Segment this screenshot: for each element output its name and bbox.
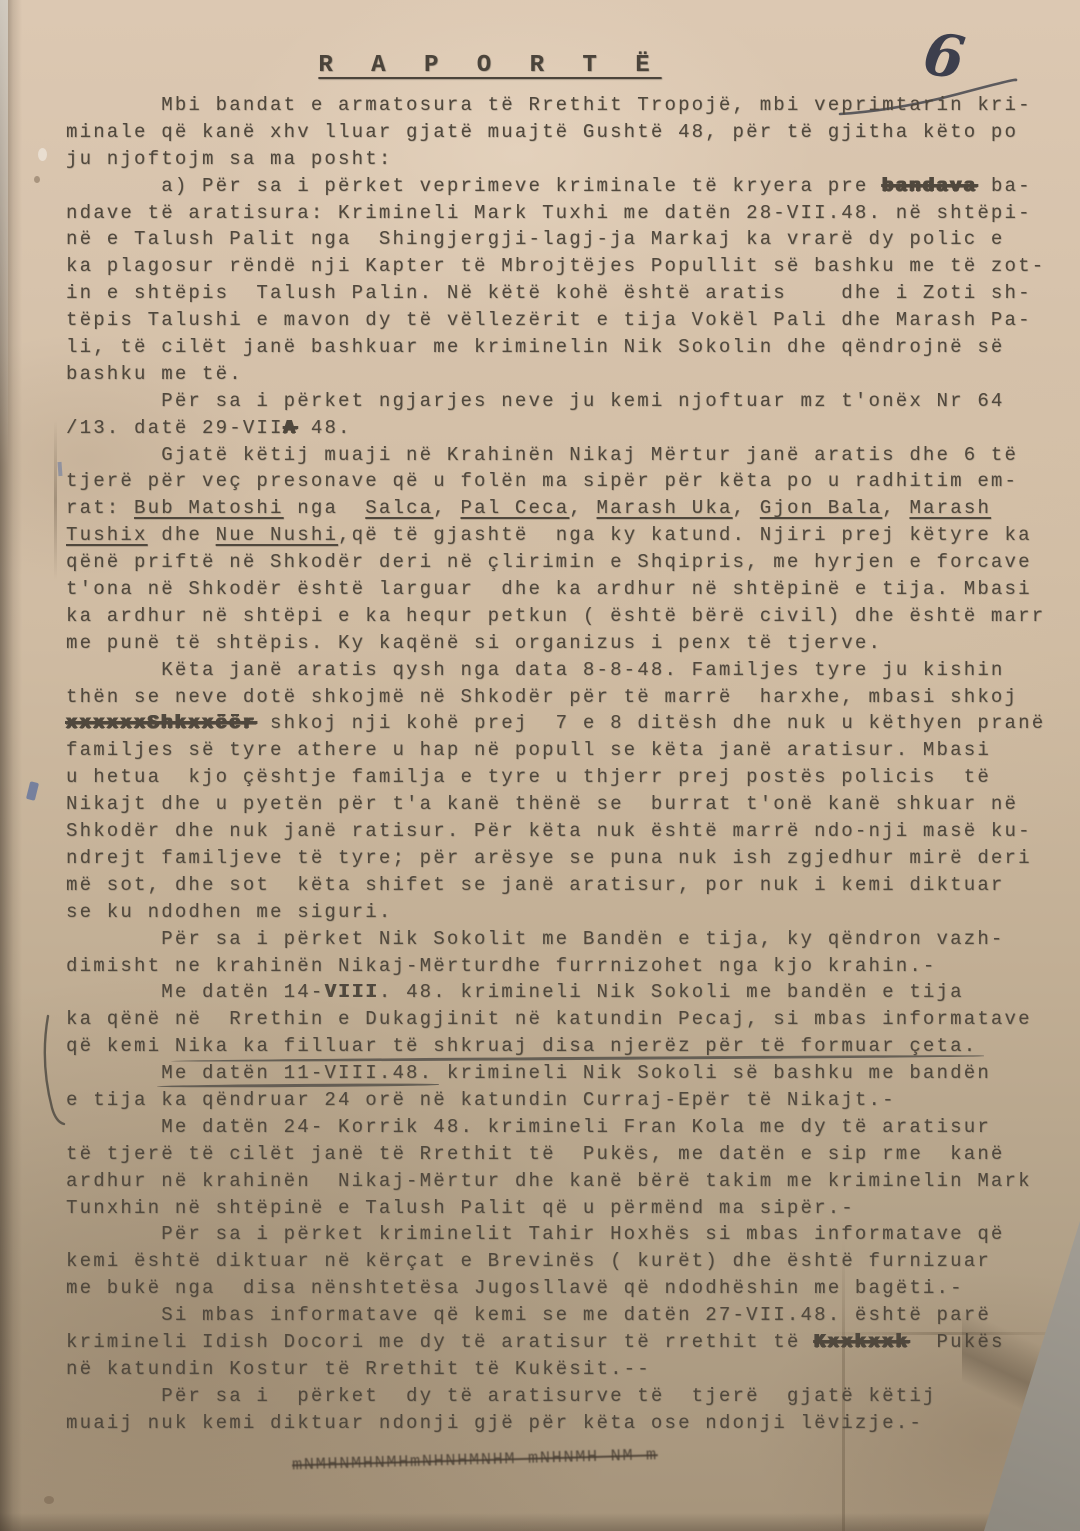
text-line: Nikajt dhe u pyetën për t'a kanë thënë s…	[66, 791, 1056, 818]
text-segment: bashku me të.	[66, 363, 243, 385]
text-segment: dhe	[148, 524, 216, 546]
document-title: R A P O R T Ë	[0, 52, 980, 79]
text-line: tjerë për veç presonave që u folën ma si…	[66, 468, 1056, 495]
text-segment: më sot, dhe sot këta shifet se janë arat…	[66, 874, 1005, 896]
text-segment: Me datën 14-	[66, 981, 324, 1003]
bottom-strikeout-marks: mNMHNMHNMHmNHNHMNHM mNHNMH NM m	[292, 1444, 752, 1476]
text-line: ka qënë në Rrethin e Dukagjinit në katun…	[66, 1006, 1056, 1033]
text-segment: /13. datë 29-VII	[66, 417, 284, 439]
paragraph: Me datën 24- Korrik 48. krimineli Fran K…	[66, 1114, 1056, 1222]
text-segment: Bub Matoshi	[134, 497, 284, 519]
paragraph: Gjatë këtij muaji në Krahinën Nikaj Mërt…	[66, 442, 1056, 657]
text-line: Me datën 24- Korrik 48. krimineli Fran K…	[66, 1114, 1056, 1141]
text-segment: qënë priftë në Shkodër deri në çlirimin …	[66, 551, 1032, 573]
text-line: ardhur në krahinën Nikaj-Mërtur dhe kanë…	[66, 1168, 1056, 1195]
paper-speck	[44, 1496, 54, 1504]
text-line: të tjerë të cilët janë të Rrethit të Puk…	[66, 1141, 1056, 1168]
text-line: e tija ka qëndruar 24 orë në katundin Cu…	[66, 1087, 1056, 1114]
text-segment: 48.	[297, 417, 351, 439]
text-line: /13. datë 29-VIIA 48.	[66, 415, 1056, 442]
paper-background: R A P O R T Ë 6 Mbi bandat e armatosura …	[0, 0, 1080, 1531]
text-line: xxxxxxShkxxëër shkoj nji kohë prej 7 e 8…	[66, 710, 1056, 737]
document-body: Mbi bandat e armatosura të Rrethit Tropo…	[66, 92, 1056, 1437]
text-segment: me bukë nga disa nënshtetësa Jugosllavë …	[66, 1277, 964, 1299]
text-segment: Gjon Bala	[760, 497, 882, 519]
text-line: ka ardhur në shtëpi e ka hequr petkun ( …	[66, 603, 1056, 630]
text-line: familjes së tyre athere u hap në popull …	[66, 737, 1056, 764]
text-segment: . 48. krimineli Nik Sokoli me bandën e t…	[379, 981, 964, 1003]
text-line: ndave të aratisura: Krimineli Mark Tuxhi…	[66, 200, 1056, 227]
text-segment: tjerë për veç presonave që u folën ma si…	[66, 470, 1018, 492]
text-line: me bukë nga disa nënshtetësa Jugosllavë …	[66, 1275, 1056, 1302]
text-line: Për sa i përket ngjarjes neve ju kemi nj…	[66, 388, 1056, 415]
text-segment: ju njoftojm sa ma posht:	[66, 148, 392, 170]
text-segment: ka plagosur rëndë nji Kapter të Mbrojtëj…	[66, 255, 1045, 277]
text-segment: ndave të aratisura: Krimineli Mark Tuxhi…	[66, 202, 1032, 224]
text-line: me punë të shtëpis. Ky kaqënë si organiz…	[66, 630, 1056, 657]
paragraph: Këta janë aratis qysh nga data 8-8-48. F…	[66, 657, 1056, 926]
text-segment: familjes së tyre athere u hap në popull …	[66, 739, 991, 761]
text-line: u hetua kjo çështje familja e tyre u thj…	[66, 764, 1056, 791]
paragraph: a) Për sa i përket veprimeve kriminale t…	[66, 173, 1056, 388]
text-segment: Tunxhin në shtëpinë e Talush Palit që u …	[66, 1197, 855, 1219]
paper-edge-shadow-bottom	[0, 1513, 1080, 1531]
text-segment: ,	[733, 497, 760, 519]
paragraph: Për sa i përket Nik Sokolit me Bandën e …	[66, 926, 1056, 980]
text-line: Me datën 14-VIII. 48. krimineli Nik Soko…	[66, 979, 1056, 1006]
text-segment: Pal Ceca	[461, 497, 570, 519]
text-line: minale që kanë xhv lluar gjatë muajtë Gu…	[66, 119, 1056, 146]
text-segment: ardhur në krahinën Nikaj-Mërtur dhe kanë…	[66, 1170, 1032, 1192]
text-segment: ba-	[977, 175, 1031, 197]
text-segment: A	[284, 417, 298, 439]
text-segment: Për sa i përket Nik Sokolit me Bandën e …	[66, 928, 1005, 950]
text-line: në katundin Kostur të Rrethit të Kukësit…	[66, 1356, 1056, 1383]
text-segment: Marash Uka	[597, 497, 733, 519]
text-line: in e shtëpis Talush Palin. Në këtë kohë …	[66, 280, 1056, 307]
text-segment: Këta janë aratis qysh nga data 8-8-48. F…	[66, 659, 1005, 681]
text-segment: thën se neve dotë shkojmë në Shkodër për…	[66, 686, 1018, 708]
text-segment: nga	[284, 497, 366, 519]
margin-pen-stroke	[26, 1012, 86, 1142]
text-segment: t'ona në Shkodër është larguar dhe ka ar…	[66, 578, 1032, 600]
text-line: Për sa i përket dy të aratisurve të tjer…	[66, 1383, 1056, 1410]
text-segment: shkoj nji kohë prej 7 e 8 ditësh dhe nuk…	[256, 712, 1045, 734]
text-line: Mbi bandat e armatosura të Rrethit Tropo…	[66, 92, 1056, 119]
text-line: Për sa i përket Nik Sokolit me Bandën e …	[66, 926, 1056, 953]
paragraph: Mbi bandat e armatosura të Rrethit Tropo…	[66, 92, 1056, 173]
text-segment: Me datën 24- Korrik 48. krimineli Fran K…	[66, 1116, 991, 1138]
text-segment: se ku ndodhen me siguri.	[66, 901, 392, 923]
text-segment: ka ardhur në shtëpi e ka hequr petkun ( …	[66, 605, 1045, 627]
text-line: t'ona në Shkodër është larguar dhe ka ar…	[66, 576, 1056, 603]
text-segment: të tjerë të cilët janë të Rrethit të Puk…	[66, 1143, 1005, 1165]
text-segment: Si mbas informatave që kemi se me datën …	[66, 1304, 991, 1326]
text-line: në e Talush Palit nga Shingjergji-lagj-j…	[66, 226, 1056, 253]
text-line: muaij nuk kemi diktuar ndonji gjë për kë…	[66, 1410, 1056, 1437]
paragraph: Për sa i përket dy të aratisurve të tjer…	[66, 1383, 1056, 1437]
paragraph: Me datën 14-VIII. 48. krimineli Nik Soko…	[66, 979, 1056, 1060]
text-line: më sot, dhe sot këta shifet se janë arat…	[66, 872, 1056, 899]
text-segment: krimineli Nik Sokoli së bashku me bandën	[433, 1062, 991, 1084]
text-line: kemi është diktuar në kërçat e Brevinës …	[66, 1248, 1056, 1275]
text-segment: Me datën 11-VIII.48.	[161, 1062, 433, 1084]
text-segment: u hetua kjo çështje familja e tyre u thj…	[66, 766, 991, 788]
text-segment: me punë të shtëpis. Ky kaqënë si organiz…	[66, 632, 882, 654]
text-segment: rat:	[66, 497, 134, 519]
text-line: qënë priftë në Shkodër deri në çlirimin …	[66, 549, 1056, 576]
blue-pencil-mark	[26, 781, 39, 801]
text-line: Për sa i përket kriminelit Tahir Hoxhës …	[66, 1221, 1056, 1248]
text-line: Shkodër dhe nuk janë ratisur. Për këta n…	[66, 818, 1056, 845]
text-segment: ndrejt familjeve të tyre; për arësye se …	[66, 847, 1032, 869]
text-segment: Nika ka filluar të shkruaj disa njerëz p…	[175, 1035, 978, 1057]
crease-line	[54, 420, 57, 580]
text-line: thën se neve dotë shkojmë në Shkodër për…	[66, 684, 1056, 711]
text-line: ndrejt familjeve të tyre; për arësye se …	[66, 845, 1056, 872]
text-line: ju njoftojm sa ma posht:	[66, 146, 1056, 173]
text-segment: xxxxxxShkxxëër	[66, 712, 256, 734]
text-segment: minale që kanë xhv lluar gjatë muajtë Gu…	[66, 121, 1018, 143]
text-segment: ,që të gjashtë nga ky katund. Njiri prej…	[338, 524, 1032, 546]
text-segment: tëpis Talushi e mavon dy të vëllezërit e…	[66, 309, 1032, 331]
text-segment: li, të cilët janë bashkuar me kriminelin…	[66, 336, 1005, 358]
text-segment: kemi është diktuar në kërçat e Brevinës …	[66, 1250, 991, 1272]
text-segment: ,	[433, 497, 460, 519]
text-line: rat: Bub Matoshi nga Salca, Pal Ceca, Ma…	[66, 495, 1056, 522]
text-segment: Për sa i përket kriminelit Tahir Hoxhës …	[66, 1223, 1005, 1245]
text-segment: ka qënë në Rrethin e Dukagjinit në katun…	[66, 1008, 1032, 1030]
text-segment: Salca	[365, 497, 433, 519]
paragraph: Për sa i përket ngjarjes neve ju kemi nj…	[66, 388, 1056, 442]
text-line: dimisht ne krahinën Nikaj-Mërturdhe furr…	[66, 953, 1056, 980]
text-segment: Për sa i përket ngjarjes neve ju kemi nj…	[66, 390, 1005, 412]
text-segment: muaij nuk kemi diktuar ndonji gjë për kë…	[66, 1412, 923, 1434]
text-line: Me datën 11-VIII.48. krimineli Nik Sokol…	[66, 1060, 1056, 1087]
text-segment: ,	[882, 497, 909, 519]
text-segment: Nue Nushi	[216, 524, 338, 546]
text-segment: Për sa i përket dy të aratisurve të tjer…	[66, 1385, 937, 1407]
text-segment: ,	[569, 497, 596, 519]
text-segment: VIII	[324, 981, 378, 1003]
text-line: Tushix dhe Nue Nushi,që të gjashtë nga k…	[66, 522, 1056, 549]
text-line: Si mbas informatave që kemi se me datën …	[66, 1302, 1056, 1329]
text-segment: Marash	[909, 497, 991, 519]
blue-pencil-dash	[58, 462, 63, 476]
text-line: Tunxhin në shtëpinë e Talush Palit që u …	[66, 1195, 1056, 1222]
text-segment: dimisht ne krahinën Nikaj-Mërturdhe furr…	[66, 955, 937, 977]
text-segment: Shkodër dhe nuk janë ratisur. Për këta n…	[66, 820, 1032, 842]
text-line: Gjatë këtij muaji në Krahinën Nikaj Mërt…	[66, 442, 1056, 469]
paper-speck	[38, 148, 47, 161]
text-line: tëpis Talushi e mavon dy të vëllezërit e…	[66, 307, 1056, 334]
text-segment: krimineli Idish Docori me dy të aratisur…	[66, 1331, 814, 1353]
text-line: li, të cilët janë bashkuar me kriminelin…	[66, 334, 1056, 361]
text-line: Këta janë aratis qysh nga data 8-8-48. F…	[66, 657, 1056, 684]
paper-speck	[34, 176, 40, 183]
text-segment: Nikajt dhe u pyetën për t'a kanë thënë s…	[66, 793, 1018, 815]
text-segment: Gjatë këtij muaji në Krahinën Nikaj Mërt…	[66, 444, 1018, 466]
text-segment: Kxxkxxk	[814, 1331, 909, 1353]
text-line: krimineli Idish Docori me dy të aratisur…	[66, 1329, 1056, 1356]
text-segment: në katundin Kostur të Rrethit të Kukësit…	[66, 1358, 651, 1380]
paragraph: Për sa i përket kriminelit Tahir Hoxhës …	[66, 1221, 1056, 1302]
text-segment: në e Talush Palit nga Shingjergji-lagj-j…	[66, 228, 1005, 250]
text-segment: a) Për sa i përket veprimeve kriminale t…	[66, 175, 882, 197]
paragraph: Si mbas informatave që kemi se me datën …	[66, 1302, 1056, 1383]
text-segment: Mbi bandat e armatosura të Rrethit Tropo…	[66, 94, 1032, 116]
text-segment: bandava	[882, 175, 977, 197]
text-line: se ku ndodhen me siguri.	[66, 899, 1056, 926]
text-line: a) Për sa i përket veprimeve kriminale t…	[66, 173, 1056, 200]
text-segment: Tushix	[66, 524, 148, 546]
text-segment: e tija ka qëndruar 24 orë në katundin Cu…	[66, 1089, 896, 1111]
text-segment: in e shtëpis Talush Palin. Në këtë kohë …	[66, 282, 1032, 304]
text-line: bashku me të.	[66, 361, 1056, 388]
text-line: që kemi Nika ka filluar të shkruaj disa …	[66, 1033, 1056, 1060]
paragraph: Me datën 11-VIII.48. krimineli Nik Sokol…	[66, 1060, 1056, 1114]
text-line: ka plagosur rëndë nji Kapter të Mbrojtëj…	[66, 253, 1056, 280]
